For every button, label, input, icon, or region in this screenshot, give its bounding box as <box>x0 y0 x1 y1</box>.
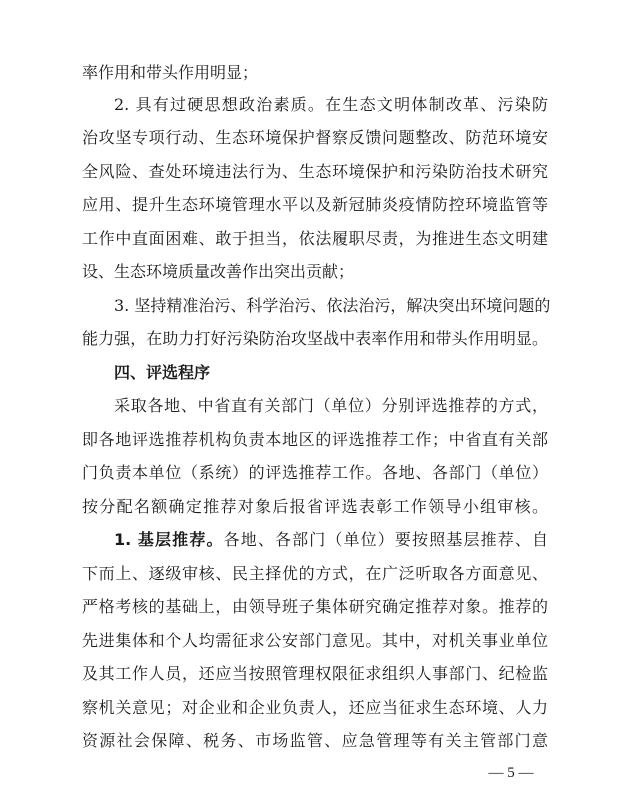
text-line: 采取各地、中省直有关部门（单位）分别评选推荐的方式， <box>114 395 548 417</box>
text-line: 1. 基层推荐。各地、各部门（单位）要按照基层推荐、自 <box>114 529 548 551</box>
text-run: 各地、各部门（单位）要按照基层推荐、自 <box>224 530 548 549</box>
text-line: 察机关意见；对企业和企业负责人，还应当征求生态环境、人力 <box>82 697 548 719</box>
text-line: 下而上、逐级审核、民主择优的方式，在广泛听取各方面意见、 <box>82 563 548 585</box>
text-line: 3. 坚持精准治污、科学治污、依法治污，解决突出环境问题的 <box>114 295 548 317</box>
text-line: 全风险、查处环境违法行为、生态环境保护和污染防治技术研究 <box>82 161 548 183</box>
text-line: 率作用和带头作用明显； <box>82 62 548 84</box>
text-line: 工作中直面困难、敢于担当，依法履职尽责，为推进生态文明建 <box>82 228 548 250</box>
text-line: 及其工作人员，还应当按照管理权限征求组织人事部门、纪检监 <box>82 663 548 685</box>
text-line: 严格考核的基础上，由领导班子集体研究确定推荐对象。推荐的 <box>82 596 548 618</box>
text-line: 按分配名额确定推荐对象后报省评选表彰工作领导小组审核。 <box>82 496 548 518</box>
text-line: 2. 具有过硬思想政治素质。在生态文明体制改革、污染防 <box>114 94 548 116</box>
text-line: 门负责本单位（系统）的评选推荐工作。各地、各部门（单位） <box>82 462 548 484</box>
text-line: 治攻坚专项行动、生态环境保护督察反馈问题整改、防范环境安 <box>82 127 548 149</box>
text-line: 能力强，在助力打好污染防治攻坚战中表率作用和带头作用明显。 <box>82 328 548 350</box>
document-page: 率作用和带头作用明显； 2. 具有过硬思想政治素质。在生态文明体制改革、污染防 … <box>0 0 627 801</box>
subheading-bold: 1. 基层推荐。 <box>114 530 224 549</box>
text-line: 资源社会保障、税务、市场监管、应急管理等有关主管部门意 <box>82 730 548 752</box>
page-number: — 5 — <box>476 763 546 783</box>
text-line: 先进集体和个人均需征求公安部门意见。其中，对机关事业单位 <box>82 630 548 652</box>
text-line: 即各地评选推荐机构负责本地区的评选推荐工作；中省直有关部 <box>82 429 548 451</box>
text-line: 应用、提升生态环境管理水平以及新冠肺炎疫情防控环境监管等 <box>82 194 548 216</box>
text-line: 设、生态环境质量改善作出突出贡献； <box>82 261 548 283</box>
section-heading: 四、评选程序 <box>114 362 548 384</box>
